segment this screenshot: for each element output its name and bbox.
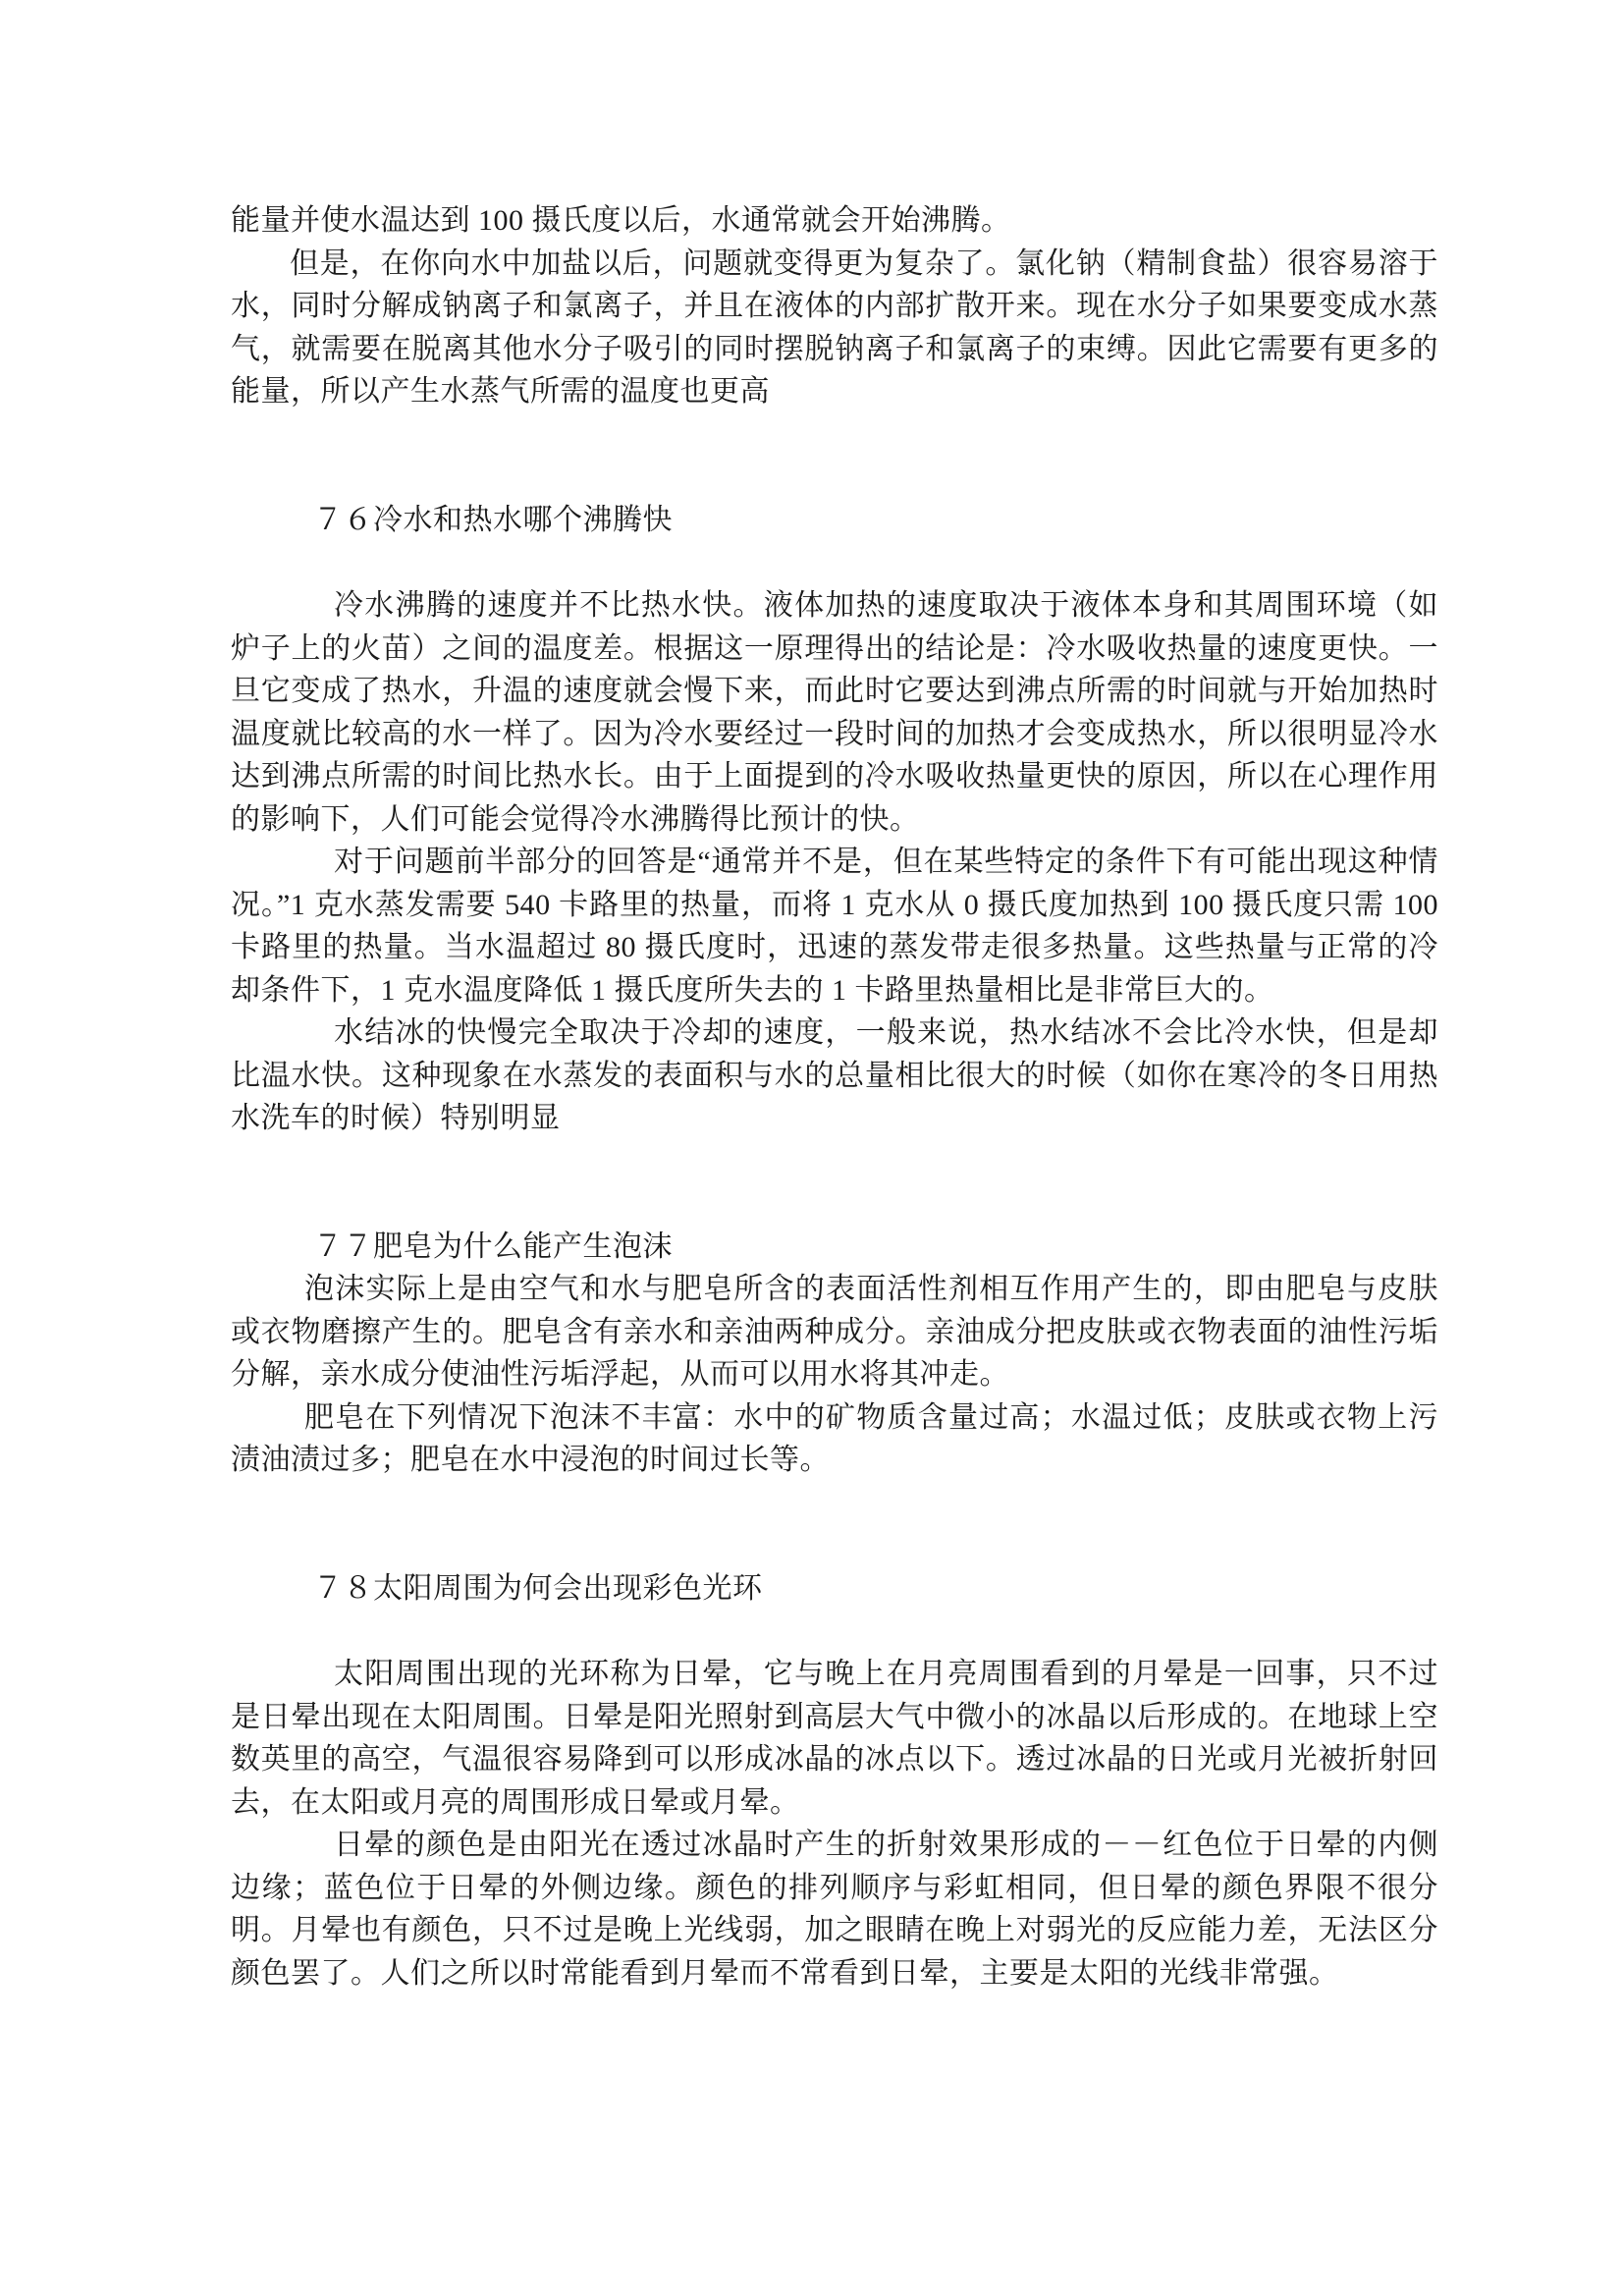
section-78: ７８太阳周围为何会出现彩色光环 太阳周围出现的光环称为日晕，它与晚上在月亮周围看… [231,1567,1438,1995]
section-77-paragraph: 肥皂在下列情况下泡沫不丰富：水中的矿物质含量过高；水温过低；皮肤或衣物上污渍油渍… [231,1396,1438,1482]
section-77: ７７肥皂为什么能产生泡沫 泡沫实际上是由空气和水与肥皂所含的表面活性剂相互作用产… [231,1226,1438,1482]
section-78-paragraph: 日晕的颜色是由阳光在透过冰晶时产生的折射效果形成的－－红色位于日晕的内侧边缘；蓝… [231,1824,1438,1995]
document-page: 能量并使水温达到 100 摄氏度以后，水通常就会开始沸腾。 但是，在你向水中加盐… [0,0,1623,2296]
section-78-paragraph: 太阳周围出现的光环称为日晕，它与晚上在月亮周围看到的月晕是一回事，只不过是日晕出… [231,1653,1438,1824]
section-77-heading: ７７肥皂为什么能产生泡沫 [231,1226,1438,1269]
section-76-paragraph: 对于问题前半部分的回答是“通常并不是，但在某些特定的条件下有可能出现这种情况。”… [231,841,1438,1011]
section-78-heading: ７８太阳周围为何会出现彩色光环 [231,1567,1438,1611]
section-76-heading: ７６冷水和热水哪个沸腾快 [231,499,1438,542]
section-77-paragraph: 泡沫实际上是由空气和水与肥皂所含的表面活性剂相互作用产生的，即由肥皂与皮肤或衣物… [231,1268,1438,1396]
section-76-paragraph: 冷水沸腾的速度并不比热水快。液体加热的速度取决于液体本身和其周围环境（如炉子上的… [231,584,1438,841]
intro-paragraph: 但是，在你向水中加盐以后，问题就变得更为复杂了。氯化钠（精制食盐）很容易溶于水，… [231,243,1438,413]
section-76-paragraph: 水结冰的快慢完全取决于冷却的速度，一般来说，热水结冰不会比冷水快，但是却比温水快… [231,1011,1438,1140]
section-76: ７６冷水和热水哪个沸腾快 冷水沸腾的速度并不比热水快。液体加热的速度取决于液体本… [231,499,1438,1140]
page-content: 能量并使水温达到 100 摄氏度以后，水通常就会开始沸腾。 但是，在你向水中加盐… [231,199,1438,1995]
intro-paragraph-continuation: 能量并使水温达到 100 摄氏度以后，水通常就会开始沸腾。 [231,199,1438,243]
